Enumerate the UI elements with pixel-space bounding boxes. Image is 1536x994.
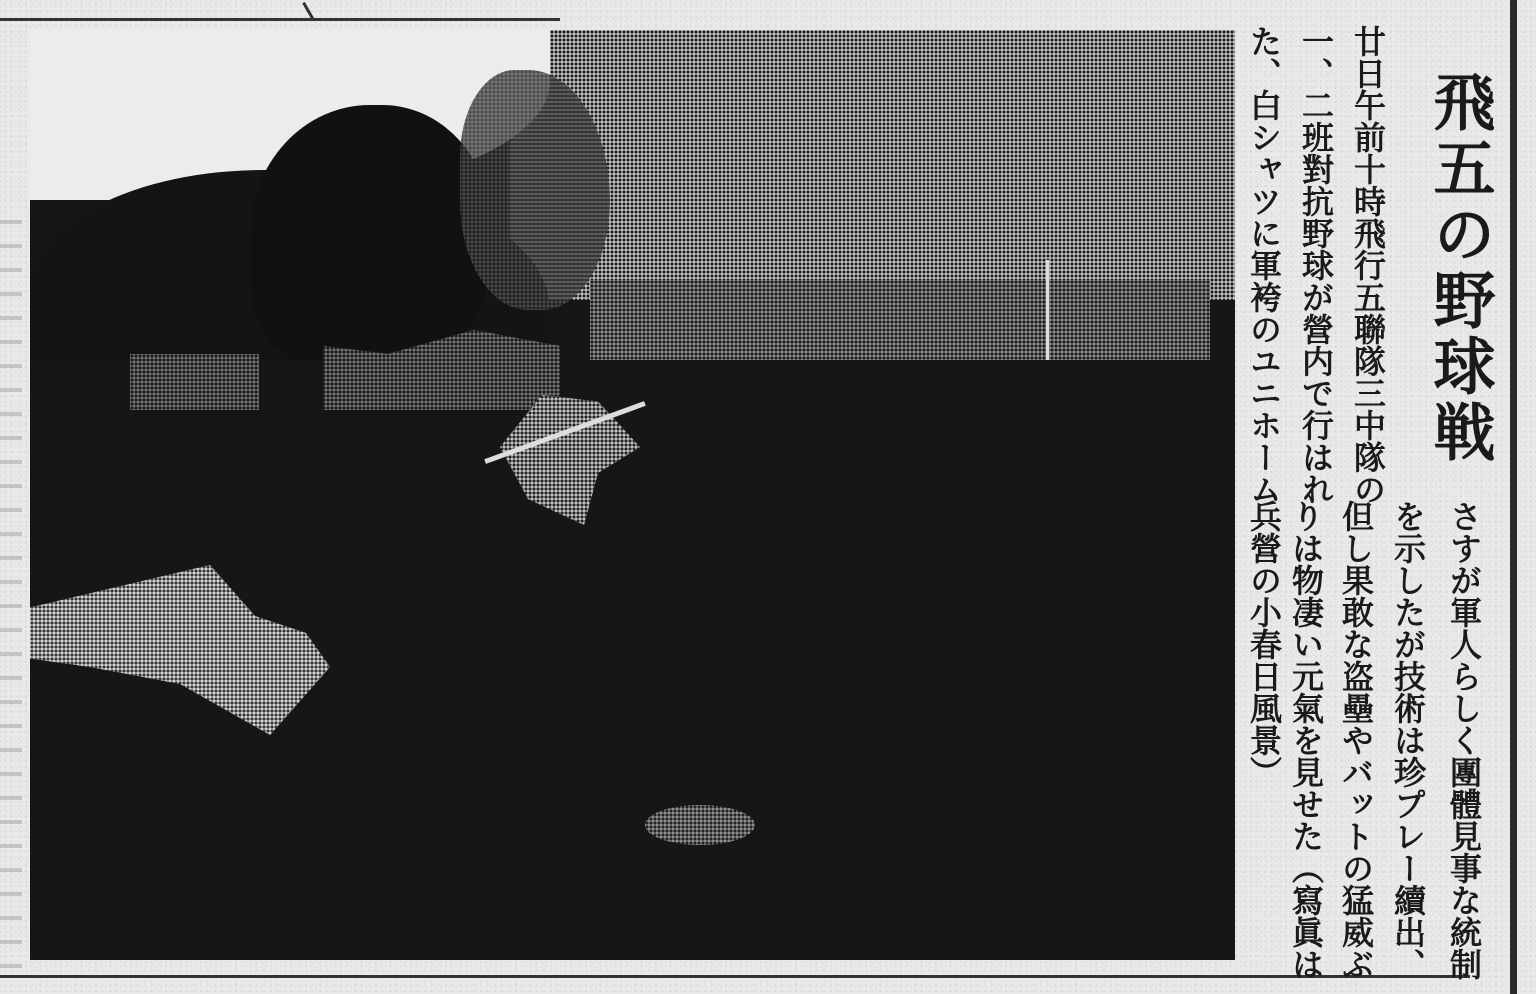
adjacent-article-edge (0, 200, 22, 980)
lead-column-1: 廿日午前十時飛行五聯隊三中隊の (1352, 25, 1384, 505)
lead-column-3: た、白シャツに軍袴のユニホーム (1248, 25, 1280, 505)
body-column-1: さすが軍人らしく團體見事な統制 (1448, 500, 1480, 980)
photo-tree (250, 105, 490, 365)
column-divider-rule (1510, 0, 1517, 994)
newspaper-page: 飛五の野球戦 廿日午前十時飛行五聯隊三中隊の 一、二班對抗野球が營内で行はれ た… (0, 0, 1536, 994)
headline: 飛五の野球戦 (1415, 70, 1504, 466)
photo-home-plate (645, 805, 755, 845)
body-column-3: 但し果敢な盗壘やバットの猛威ぶ (1340, 500, 1372, 980)
body-column-5: 兵營の小春日風景） (1248, 500, 1280, 788)
photo-barracks (590, 280, 1210, 360)
top-rule (0, 18, 560, 21)
body-column-2: を示したが技術は珍プレー續出、 (1392, 500, 1424, 980)
news-photo (30, 30, 1235, 960)
bottom-rule (0, 975, 1470, 978)
photo-sky (510, 30, 1235, 300)
lead-column-2: 一、二班對抗野球が營内で行はれ (1300, 25, 1332, 505)
photo-flagpole (1046, 260, 1049, 360)
body-column-4: りは物凄い元氣を見せた（寫眞は (1290, 500, 1322, 980)
